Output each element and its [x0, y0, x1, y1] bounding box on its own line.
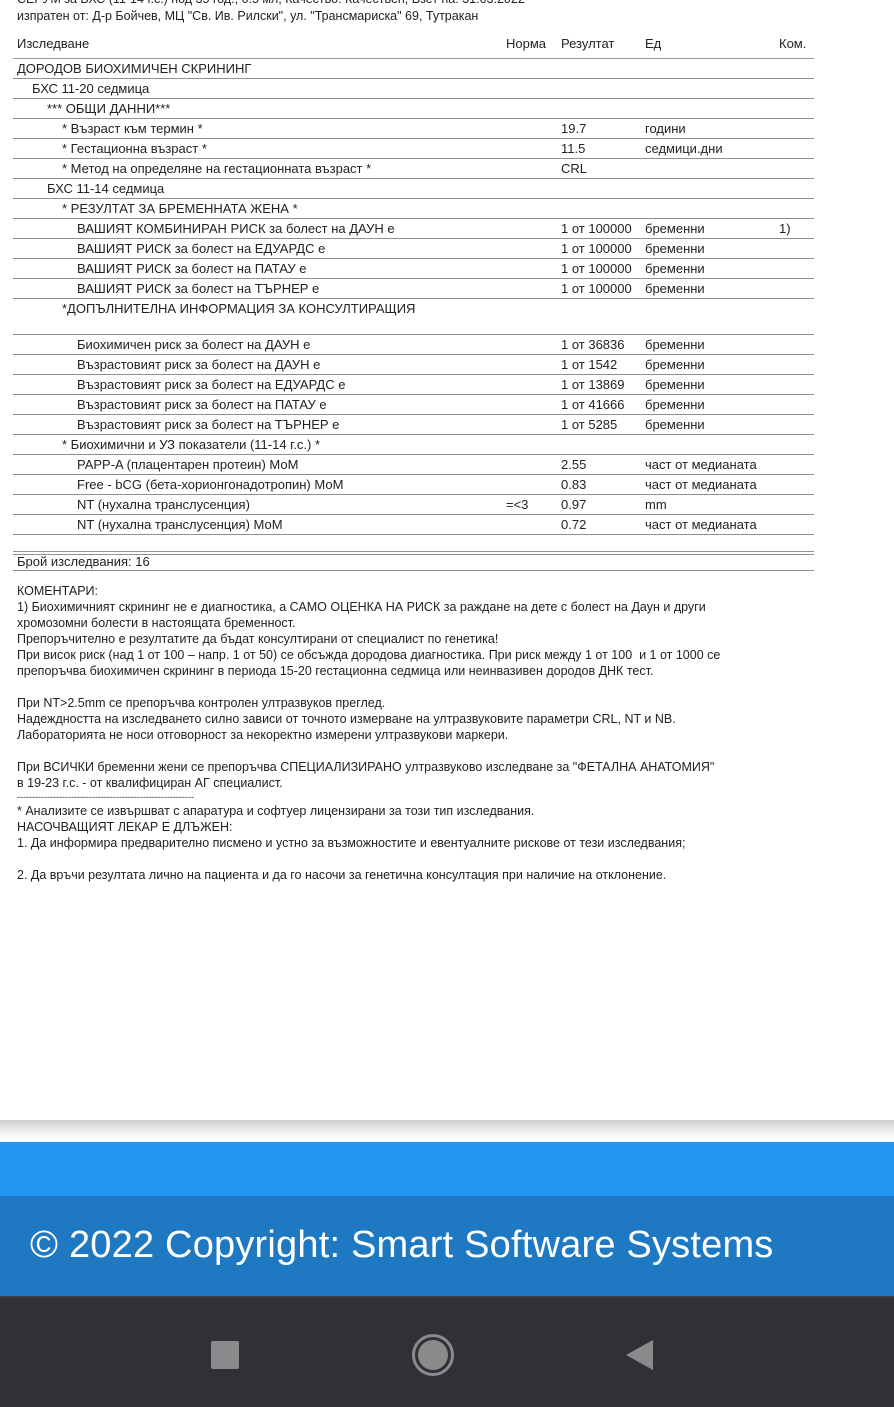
- table-row: * Биохимични и УЗ показатели (11-14 г.с.…: [13, 435, 814, 455]
- col-header-norm: Норма: [506, 36, 546, 51]
- table-row: * Метод на определяне на гестационната в…: [13, 159, 814, 179]
- comment-p4: При NT>2.5mm се препоръчва контролен улт…: [17, 695, 817, 711]
- results-table: Изследване Норма Резултат Ед Ком. ДОРОДО…: [13, 32, 814, 555]
- cell-test-name: Възрастовият риск за болест на ТЪРНЕР е: [77, 416, 339, 434]
- cell-unit: бременни: [645, 376, 705, 394]
- triangle-back-icon: [626, 1340, 653, 1370]
- cell-test-name: ВАШИЯТ РИСК за болест на ТЪРНЕР е: [77, 280, 319, 298]
- sample-info: СЕРУМ за БХС (11-14 г.с.) под 35 год., 0…: [17, 0, 525, 6]
- table-row: БХС 11-20 седмица: [13, 79, 814, 99]
- cell-test-name: * РЕЗУЛТАТ ЗА БРЕМЕННАТА ЖЕНА *: [62, 200, 298, 218]
- cell-result: 1 от 5285: [561, 416, 617, 434]
- table-row: Биохимичен риск за болест на ДАУН е1 от …: [13, 335, 814, 355]
- home-button[interactable]: [411, 1333, 455, 1377]
- comment-p2: Препоръчително е резултатите да бъдат ко…: [17, 631, 817, 647]
- cell-test-name: Възрастовият риск за болест на ДАУН е: [77, 356, 320, 374]
- comment-p7: При ВСИЧКИ бременни жени се препоръчва С…: [17, 759, 817, 791]
- comment-p9: НАСОЧВАЩИЯТ ЛЕКАР Е ДЛЪЖЕН:: [17, 819, 817, 835]
- cell-result: 1 от 36836: [561, 336, 625, 354]
- cell-test-name: ВАШИЯТ РИСК за болест на ЕДУАРДС е: [77, 240, 325, 258]
- test-count: Брой изследвания: 16: [17, 553, 150, 571]
- table-row: NT (нухална транслусенция) МоМ0.72част о…: [13, 515, 814, 535]
- table-body: ДОРОДОВ БИОХИМИЧЕН СКРИНИНГБХС 11-20 сед…: [13, 59, 814, 535]
- comment-p11: 2. Да връчи резултата лично на пациента …: [17, 867, 817, 883]
- table-row: ВАШИЯТ КОМБИНИРАН РИСК за болест на ДАУН…: [13, 219, 814, 239]
- col-header-unit: Ед: [645, 36, 661, 51]
- comment-p8: * Анализите се извършват с апаратура и с…: [17, 803, 817, 819]
- comment-p1: 1) Биохимичният скрининг не е диагностик…: [17, 599, 817, 631]
- cell-unit: mm: [645, 496, 667, 514]
- table-row: ВАШИЯТ РИСК за болест на ЕДУАРДС е1 от 1…: [13, 239, 814, 259]
- table-row: Възрастовият риск за болест на ПАТАУ е1 …: [13, 395, 814, 415]
- comment-separator: ----------------------------------------…: [17, 791, 817, 803]
- comment-p10: 1. Да информира предварително писмено и …: [17, 835, 817, 851]
- cell-result: 19.7: [561, 120, 586, 138]
- table-row: ДОРОДОВ БИОХИМИЧЕН СКРИНИНГ: [13, 59, 814, 79]
- table-row: ВАШИЯТ РИСК за болест на ТЪРНЕР е1 от 10…: [13, 279, 814, 299]
- table-row: Възрастовият риск за болест на ТЪРНЕР е1…: [13, 415, 814, 435]
- comment-p6: Лабораторията не носи отговорност за нек…: [17, 727, 817, 743]
- cell-unit: бременни: [645, 260, 705, 278]
- cell-unit: част от медианата: [645, 516, 757, 534]
- android-nav-bar: [0, 1296, 894, 1407]
- cell-test-name: ВАШИЯТ РИСК за болест на ПАТАУ е: [77, 260, 307, 278]
- circle-home-icon: [412, 1334, 454, 1376]
- cell-unit: години: [645, 120, 686, 138]
- cell-unit: седмици.дни: [645, 140, 723, 158]
- square-recents-icon: [211, 1341, 239, 1369]
- cell-result: 1 от 41666: [561, 396, 625, 414]
- table-row: ВАШИЯТ РИСК за болест на ПАТАУ е1 от 100…: [13, 259, 814, 279]
- table-row: *ДОПЪЛНИТЕЛНА ИНФОРМАЦИЯ ЗА КОНСУЛТИРАЩИ…: [13, 299, 814, 335]
- cell-test-name: ДОРОДОВ БИОХИМИЧЕН СКРИНИНГ: [17, 60, 251, 78]
- cell-test-name: NT (нухална транслусенция): [77, 496, 250, 514]
- cell-test-name: БХС 11-20 седмица: [32, 80, 149, 98]
- cell-unit: бременни: [645, 220, 705, 238]
- cell-test-name: *** ОБЩИ ДАННИ***: [47, 100, 170, 118]
- col-header-comment: Ком.: [779, 36, 806, 51]
- cell-result: 0.72: [561, 516, 586, 534]
- cell-unit: бременни: [645, 280, 705, 298]
- cell-test-name: PAPP-A (плацентарен протеин) МоМ: [77, 456, 298, 474]
- table-row: *** ОБЩИ ДАННИ***: [13, 99, 814, 119]
- blue-band: [0, 1142, 894, 1196]
- cell-comment: 1): [779, 220, 791, 238]
- cell-unit: бременни: [645, 336, 705, 354]
- cell-norm: =<3: [506, 496, 528, 514]
- sender-info: изпратен от: Д-р Бойчев, МЦ "Св. Ив. Рил…: [17, 9, 478, 23]
- col-header-result: Резултат: [561, 36, 614, 51]
- test-count-row: Брой изследвания: 16: [13, 551, 814, 571]
- cell-result: 0.83: [561, 476, 586, 494]
- cell-test-name: Възрастовият риск за болест на ПАТАУ е: [77, 396, 327, 414]
- cell-test-name: * Биохимични и УЗ показатели (11-14 г.с.…: [62, 436, 320, 454]
- cell-test-name: * Метод на определяне на гестационната в…: [62, 160, 371, 178]
- cell-unit: част от медианата: [645, 456, 757, 474]
- cell-test-name: * Възраст към термин *: [62, 120, 203, 138]
- cell-test-name: Free - bCG (бета-хорионгонадотропин) МоМ: [77, 476, 343, 494]
- cell-result: 2.55: [561, 456, 586, 474]
- cell-result: 11.5: [561, 140, 585, 158]
- cell-test-name: БХС 11-14 седмица: [47, 180, 164, 198]
- page-shadow: [0, 1120, 894, 1142]
- cell-test-name: NT (нухална транслусенция) МоМ: [77, 516, 283, 534]
- cell-result: 1 от 100000: [561, 240, 632, 258]
- back-button[interactable]: [617, 1333, 661, 1377]
- cell-result: 1 от 100000: [561, 280, 632, 298]
- cell-unit: бременни: [645, 416, 705, 434]
- copyright-text: © 2022 Copyright: Smart Software Systems: [30, 1224, 774, 1267]
- cell-result: CRL: [561, 160, 587, 178]
- cell-test-name: * Гестационна възраст *: [62, 140, 207, 158]
- lab-report-document: СЕРУМ за БХС (11-14 г.с.) под 35 год., 0…: [0, 0, 894, 1120]
- cell-test-name: ВАШИЯТ КОМБИНИРАН РИСК за болест на ДАУН…: [77, 220, 395, 238]
- col-header-test: Изследване: [17, 36, 89, 51]
- cell-unit: част от медианата: [645, 476, 757, 494]
- cell-test-name: Възрастовият риск за болест на ЕДУАРДС е: [77, 376, 345, 394]
- comments-title: КОМЕНТАРИ:: [17, 583, 817, 599]
- table-row: * Гестационна възраст *11.5седмици.дни: [13, 139, 814, 159]
- cell-test-name: Биохимичен риск за болест на ДАУН е: [77, 336, 310, 354]
- cell-result: 1 от 100000: [561, 260, 632, 278]
- table-header: Изследване Норма Резултат Ед Ком.: [13, 32, 814, 59]
- table-row: NT (нухална транслусенция)=<30.97mm: [13, 495, 814, 515]
- comment-p3: При висок риск (над 1 от 100 – напр. 1 о…: [17, 647, 817, 679]
- comments-section: КОМЕНТАРИ: 1) Биохимичният скрининг не е…: [17, 583, 817, 883]
- table-row: * РЕЗУЛТАТ ЗА БРЕМЕННАТА ЖЕНА *: [13, 199, 814, 219]
- cell-result: 1 от 13869: [561, 376, 625, 394]
- table-row: PAPP-A (плацентарен протеин) МоМ2.55част…: [13, 455, 814, 475]
- table-row: БХС 11-14 седмица: [13, 179, 814, 199]
- table-row: Възрастовият риск за болест на ДАУН е1 о…: [13, 355, 814, 375]
- cell-result: 1 от 1542: [561, 356, 617, 374]
- comment-p5: Надеждността на изследването силно завис…: [17, 711, 817, 727]
- cell-result: 0.97: [561, 496, 586, 514]
- cell-unit: бременни: [645, 396, 705, 414]
- table-row: Възрастовият риск за болест на ЕДУАРДС е…: [13, 375, 814, 395]
- cell-unit: бременни: [645, 240, 705, 258]
- table-row: Free - bCG (бета-хорионгонадотропин) МоМ…: [13, 475, 814, 495]
- cell-test-name: *ДОПЪЛНИТЕЛНА ИНФОРМАЦИЯ ЗА КОНСУЛТИРАЩИ…: [62, 300, 415, 318]
- table-row: * Възраст към термин *19.7години: [13, 119, 814, 139]
- cell-result: 1 от 100000: [561, 220, 632, 238]
- recents-button[interactable]: [203, 1333, 247, 1377]
- cell-unit: бременни: [645, 356, 705, 374]
